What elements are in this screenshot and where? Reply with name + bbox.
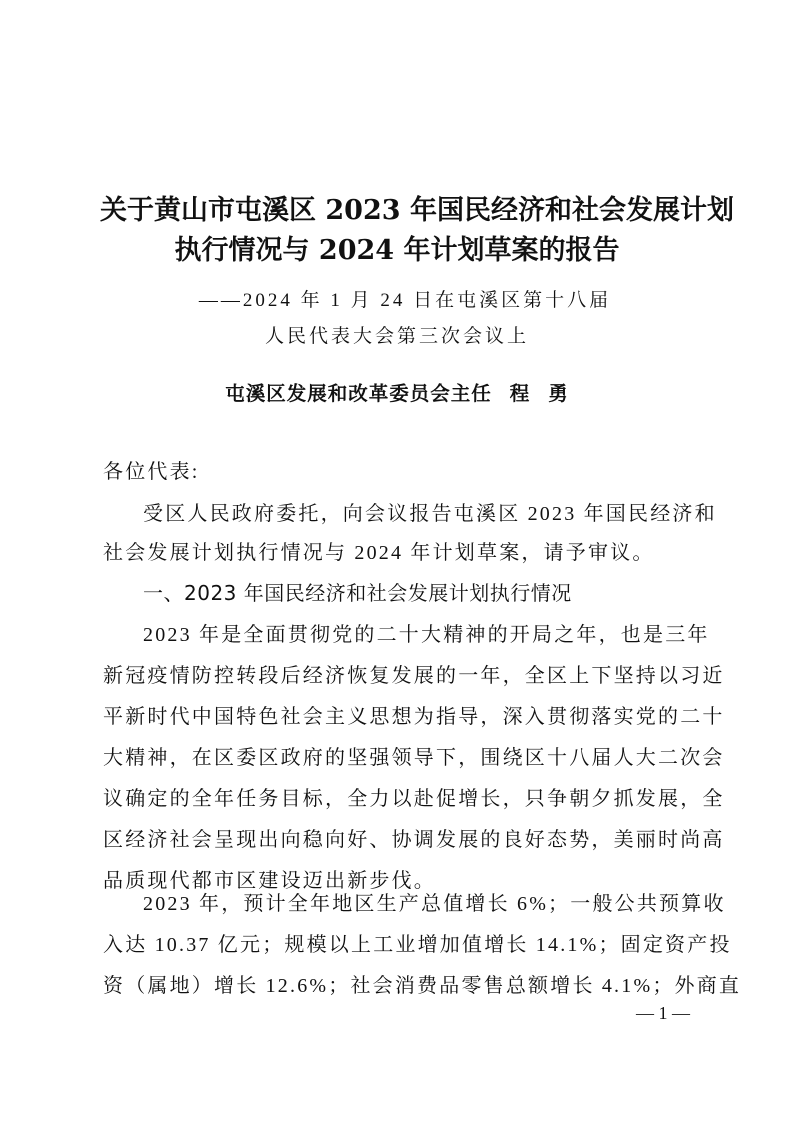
paragraph-line: 议确定的全年任务目标，全力以赴促增长，只争朝夕抓发展，全: [103, 782, 693, 811]
intro-line: 受区人民政府委托，向会议报告屯溪区 2023 年国民经济和: [143, 497, 693, 526]
paragraph-line: 2023 年是全面贯彻党的二十大精神的开局之年，也是三年: [143, 618, 693, 647]
document-page: 关于黄山市屯溪区 2023 年国民经济和社会发展计划 执行情况与 2024 年计…: [0, 0, 794, 1122]
paragraph-line: 资（属地）增长 12.6%；社会消费品零售总额增长 4.1%；外商直: [103, 969, 693, 998]
intro-line: 社会发展计划执行情况与 2024 年计划草案，请予审议。: [103, 536, 693, 565]
paragraph-line: 区经济社会呈现出向稳向好、协调发展的良好态势，美丽时尚高: [103, 823, 693, 852]
subtitle-line-1: ——2024 年 1 月 24 日在屯溪区第十八届: [108, 285, 702, 312]
salutation: 各位代表:: [103, 455, 693, 484]
author-name-first: 程: [510, 382, 531, 405]
paragraph-line: 入达 10.37 亿元；规模以上工业增加值增长 14.1%；固定资产投: [103, 928, 693, 957]
page-number: — 1 —: [600, 1003, 690, 1024]
paragraph-line: 平新时代中国特色社会主义思想为指导，深入贯彻落实党的二十: [103, 700, 693, 729]
subtitle-line-2: 人民代表大会第三次会议上: [100, 321, 694, 348]
author-name-second: 勇: [548, 382, 569, 405]
paragraph-line: 大精神，在区委区政府的坚强领导下，围绕区十八届人大二次会: [103, 741, 693, 770]
paragraph-line: 新冠疫情防控转段后经济恢复发展的一年，全区上下坚持以习近: [103, 659, 693, 688]
section-heading: 一、2023 年国民经济和社会发展计划执行情况: [143, 577, 572, 606]
paragraph-line: 2023 年，预计全年地区生产总值增长 6%；一般公共预算收: [143, 887, 693, 916]
author-line: 屯溪区发展和改革委员会主任程勇: [100, 378, 694, 406]
document-title-line-2: 执行情况与 2024 年计划草案的报告: [100, 228, 694, 267]
author-position: 屯溪区发展和改革委员会主任: [225, 382, 492, 405]
document-title-line-1: 关于黄山市屯溪区 2023 年国民经济和社会发展计划: [100, 188, 694, 227]
